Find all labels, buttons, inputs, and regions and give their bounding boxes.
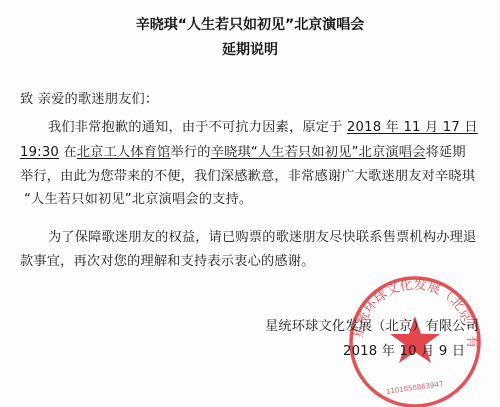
paragraph1-line1: 我们非常抱歉的通知，由于不可抗力因素，原定于 2018 年 11 月 17 日 (48, 116, 478, 135)
p1-text-d: 将延期 (426, 145, 466, 160)
paragraph2-line2: 款事宜，再次对您的理解和支持表示衷心的感谢。 (20, 250, 315, 269)
paragraph2-line1: 为了保障歌迷朋友的权益，请已购票的歌迷朋友尽快联系售票机构办理退 (48, 226, 476, 245)
svg-text:1101050863947: 1101050863947 (385, 380, 443, 396)
salutation: 致 亲爱的歌迷朋友们： (20, 88, 158, 107)
venue: 北京工人体育馆 (77, 145, 171, 160)
paragraph1-line4: “人生若只如初见”北京演唱会的支持。 (24, 188, 252, 207)
p1-text: 我们非常抱歉的通知，由于不可抗力因素，原定于 (48, 120, 347, 135)
paragraph1-line3: 举行，由此为您带来的不便，我们深感歉意，非常感谢广大歌迷朋友对辛晓琪 (20, 165, 475, 184)
event-name: 辛晓琪“人生若只如初见”北京演唱会 (211, 145, 426, 160)
signature-company: 星统环球文化发展（北京）有限公司 (265, 315, 479, 334)
paragraph1-line2: 19:30 在北京工人体育馆举行的辛晓琪“人生若只如初见”北京演唱会将延期 (20, 141, 466, 160)
original-time: 19:30 (20, 145, 59, 160)
document-title: 辛晓琪“人生若只如初见”北京演唱会 (0, 14, 500, 34)
signature-date: 2018 年 10 月 9 日 (343, 340, 465, 359)
p1-text-c: 举行的 (171, 145, 211, 160)
p1-text-b: 在 (59, 145, 77, 160)
document-subtitle: 延期说明 (0, 39, 500, 59)
company-seal-icon: 星统环球文化发展（北京）有限公司 1101050863947 (340, 262, 490, 407)
notice-document: 辛晓琪“人生若只如初见”北京演唱会 延期说明 致 亲爱的歌迷朋友们： 我们非常抱… (0, 0, 500, 407)
original-date: 2018 年 11 月 17 日 (347, 120, 478, 135)
